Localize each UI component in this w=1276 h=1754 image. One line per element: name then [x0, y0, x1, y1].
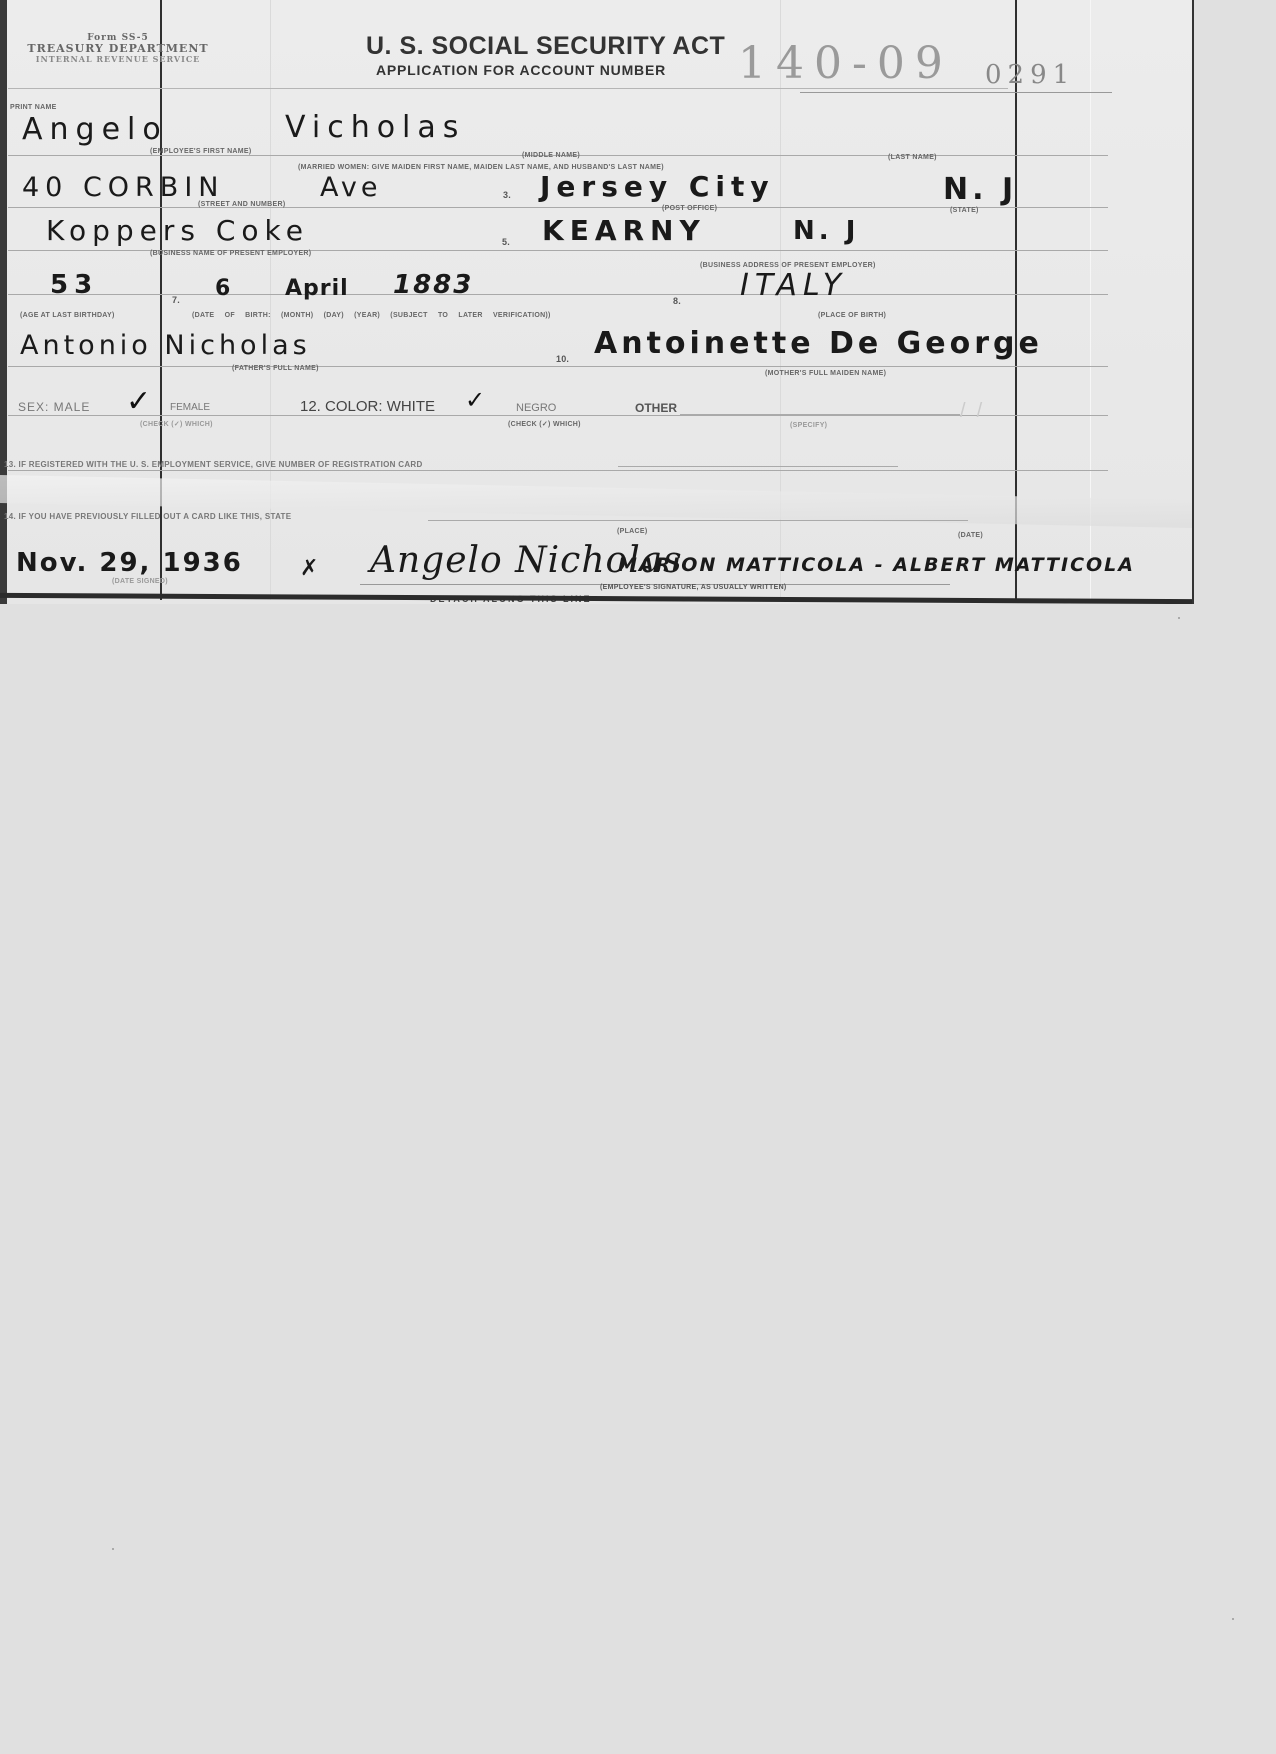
form-subtitle: APPLICATION FOR ACCOUNT NUMBER: [376, 62, 666, 78]
color-check-caption: (CHECK (✓) WHICH): [508, 420, 581, 428]
birth-day-value: 6: [215, 276, 233, 301]
father-name-value: Antonio Nicholas: [20, 330, 311, 361]
color-negro-label: NEGRO: [516, 402, 556, 414]
last-name-value: Vicholas: [285, 110, 465, 145]
rule-registration: [8, 470, 1108, 471]
left-margin-rule: [160, 0, 162, 600]
birth-year-value: 1883: [393, 270, 473, 300]
item8-number: 8.: [673, 296, 681, 306]
account-number-stamp: 140-09: [738, 38, 953, 89]
signature-caption: (EMPLOYEE'S SIGNATURE, AS USUALLY WRITTE…: [600, 584, 787, 591]
color-slash-mark: / /: [960, 400, 982, 423]
state-caption: (STATE): [950, 207, 979, 214]
color-specify-caption: (SPECIFY): [790, 422, 827, 429]
previous-card-line[interactable]: [428, 520, 968, 521]
item5-number: 5.: [502, 237, 510, 247]
employer-name-value: Koppers Coke: [46, 214, 309, 247]
middle-name-caption: (MIDDLE NAME): [522, 152, 580, 159]
date-caption: (DATE): [958, 532, 983, 539]
sex-male-check[interactable]: ✓: [126, 384, 151, 419]
sex-check-caption: (CHECK (✓) WHICH): [140, 420, 213, 428]
rule-address: [8, 207, 1108, 208]
color-specify-line: [680, 414, 960, 415]
first-name-caption: (EMPLOYEE'S FIRST NAME): [150, 148, 252, 155]
mother-name-value: Antoinette De George: [594, 326, 1043, 361]
employer-state-value: N. J: [793, 216, 859, 246]
date-signed-caption: (DATE SIGNED): [112, 578, 168, 585]
registration-label: 13. IF REGISTERED WITH THE U. S. EMPLOYM…: [4, 460, 423, 469]
street-value: 40 CORBIN: [22, 172, 225, 203]
rule-parents: [8, 366, 1108, 367]
serial-number-stamp: 0291: [985, 60, 1075, 90]
last-name-caption: (LAST NAME): [888, 154, 937, 161]
department-block: Form SS-5 TREASURY DEPARTMENT INTERNAL R…: [8, 34, 228, 63]
item10-number: 10.: [556, 354, 569, 364]
father-caption: (FATHER'S FULL NAME): [232, 365, 319, 372]
signature-mark: ✗: [300, 556, 321, 581]
post-office-value: Jersey City: [540, 170, 775, 203]
name-label: PRINT NAME: [10, 104, 57, 111]
birth-caption: (DATE OF BIRTH: (MONTH) (DAY) (YEAR) (SU…: [192, 312, 551, 319]
date-signed-value: Nov. 29, 1936: [16, 548, 243, 578]
scan-speck: [112, 1548, 114, 1550]
form-title: U. S. SOCIAL SECURITY ACT: [366, 32, 725, 61]
state-value: N. J: [943, 172, 1017, 207]
street-caption: (STREET AND NUMBER): [198, 201, 286, 208]
color-other-label: OTHER: [635, 401, 677, 415]
scan-speck: [1178, 617, 1180, 619]
age-caption: (AGE AT LAST BIRTHDAY): [20, 312, 115, 319]
registration-input-line[interactable]: [618, 466, 898, 467]
color-label: 12. COLOR: WHITE: [300, 398, 435, 415]
previous-card-label: 14. IF YOU HAVE PREVIOUSLY FILLED OUT A …: [4, 512, 291, 521]
place-of-birth-value: ITALY: [740, 268, 847, 303]
sex-label: SEX: MALE: [18, 400, 90, 414]
sex-female-label: FEMALE: [170, 402, 210, 413]
employer-name-caption: (BUSINESS NAME OF PRESENT EMPLOYER): [150, 250, 311, 257]
mother-caption: (MOTHER'S FULL MAIDEN NAME): [765, 370, 886, 377]
item3-number: 3.: [503, 190, 511, 200]
bureau-name: INTERNAL REVENUE SERVICE: [8, 55, 228, 63]
first-name-value: Angelo: [22, 112, 168, 147]
serial-underline: [800, 92, 1112, 93]
birth-month-value: April: [285, 276, 349, 301]
street-suffix-value: Ave: [320, 172, 381, 203]
place-caption: (PLACE): [617, 528, 648, 535]
scan-speck: [1232, 1618, 1234, 1620]
signature-annotation: MARION MATTICOLA - ALBERT MATTICOLA: [618, 554, 1135, 576]
post-office-caption: (POST OFFICE): [662, 205, 717, 212]
item7-number: 7.: [172, 295, 180, 305]
rule-sex-color: [8, 415, 1108, 416]
age-value: 53: [50, 270, 98, 300]
place-of-birth-caption: (PLACE OF BIRTH): [818, 312, 886, 319]
color-white-check[interactable]: ✓: [465, 386, 485, 414]
ss5-application-card: Form SS-5 TREASURY DEPARTMENT INTERNAL R…: [0, 0, 1194, 604]
employer-city-value: KEARNY: [542, 214, 706, 247]
